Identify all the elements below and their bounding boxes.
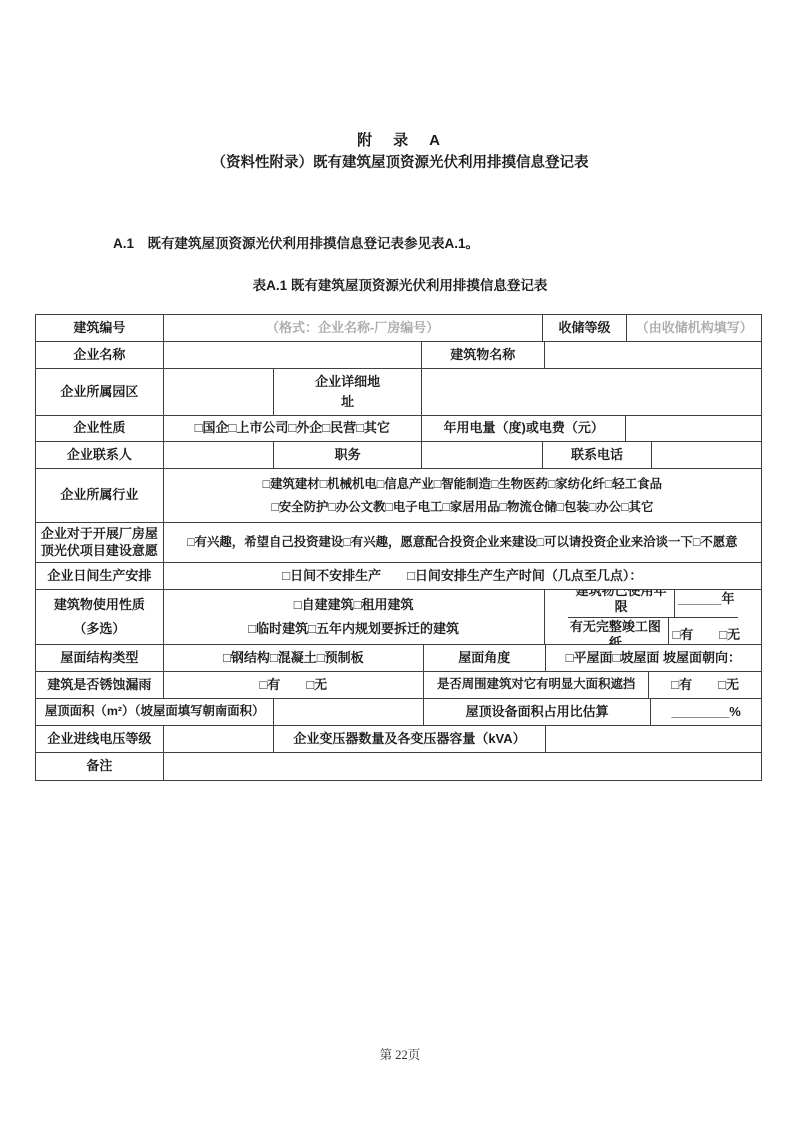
row-usage-nature: 建筑物使用性质 （多选） □自建建筑□租用建筑 □临时建筑□五年内规划要拆迁的建… [36, 590, 761, 645]
address-label-line1: 企业详细地 [315, 374, 380, 391]
row-remarks: 备注 [36, 753, 761, 780]
park-label: 企业所属园区 [36, 369, 164, 415]
daytime-production-options: □日间不安排生产 □日间安排生产生产时间（几点至几点）： [164, 563, 761, 589]
appendix-heading: 附 录 A [0, 129, 800, 150]
annual-power-label: 年用电量（度)或电费（元） [422, 416, 626, 441]
table-caption: 表A.1 既有建筑屋顶资源光伏利用排摸信息登记表 [0, 274, 800, 294]
years-label: 建筑物已使用年限 [568, 590, 675, 617]
annual-power-input-cell [626, 416, 761, 441]
years-subrow: 建筑物已使用年限 ______年 [568, 590, 737, 618]
equipment-ratio-label: 屋顶设备面积占用比估算 [424, 699, 651, 725]
row-company-name: 企业名称 建筑物名称 [36, 342, 761, 369]
registration-table: 建筑编号 （格式：企业名称-厂房编号） 收储等级 （由收储机构填写） 企业名称 … [35, 314, 762, 781]
building-name-label: 建筑物名称 [422, 342, 545, 368]
roof-area-label: 屋顶面积（m²）（坡屋面填写朝南面积） [36, 699, 274, 725]
usage-nature-options-line1: □自建建筑□租用建筑 [294, 597, 414, 614]
industry-options-line2: □安全防护□办公文教□电子电工□家居用品□物流仓储□包装□办公□其它 [271, 499, 653, 515]
row-daytime-production: 企业日间生产安排 □日间不安排生产 □日间安排生产生产时间（几点至几点）： [36, 563, 761, 590]
willingness-label: 企业对于开展厂房屋 顶光伏项目建设意愿 [36, 523, 164, 562]
usage-nature-label-line1: 建筑物使用性质 [54, 597, 145, 614]
voltage-label: 企业进线电压等级 [36, 726, 164, 752]
daytime-production-label: 企业日间生产安排 [36, 563, 164, 589]
roof-angle-label: 屋面角度 [424, 645, 546, 671]
roof-structure-label: 屋面结构类型 [36, 645, 164, 671]
clause-a1-text: A.1 既有建筑屋顶资源光伏利用排摸信息登记表参见表A.1。 [113, 232, 479, 252]
row-company-type: 企业性质 □国企□上市公司□外企□民营□其它 年用电量（度)或电费（元） [36, 416, 761, 442]
row-willingness: 企业对于开展厂房屋 顶光伏项目建设意愿 □有兴趣，希望自己投资建设□有兴趣，愿意… [36, 523, 761, 563]
company-name-label: 企业名称 [36, 342, 164, 368]
row-roof-area: 屋顶面积（m²）（坡屋面填写朝南面积） 屋顶设备面积占用比估算 ________… [36, 699, 761, 726]
drawings-options: □有 □无 [669, 618, 743, 645]
appendix-subtitle: （资料性附录）既有建筑屋顶资源光伏利用排摸信息登记表 [0, 151, 800, 172]
row-industry: 企业所属行业 □建筑建材□机械机电□信息产业□智能制造□生物医药□家纺化纤□轻工… [36, 469, 761, 523]
storage-level-label: 收储等级 [543, 315, 628, 341]
industry-options: □建筑建材□机械机电□信息产业□智能制造□生物医药□家纺化纤□轻工食品 □安全防… [164, 469, 761, 522]
willingness-label-line2: 顶光伏项目建设意愿 [41, 543, 158, 560]
shading-options: □有 □无 [649, 672, 761, 698]
position-label: 职务 [274, 442, 422, 468]
drawings-subrow: 有无完整竣工图纸 □有 □无 [562, 618, 743, 645]
transformer-label: 企业变压器数量及各变压器容量（kVA） [274, 726, 545, 752]
roof-structure-options: □钢结构□混凝土□预制板 [164, 645, 424, 671]
company-type-label: 企业性质 [36, 416, 164, 441]
remarks-label: 备注 [36, 753, 164, 780]
willingness-label-line1: 企业对于开展厂房屋 [41, 526, 158, 543]
usage-nature-label-line2: （多选） [73, 621, 125, 638]
willingness-options: □有兴趣，希望自己投资建设□有兴趣，愿意配合投资企业来建设□可以请投资企业来洽谈… [164, 523, 761, 562]
address-input-cell [422, 369, 761, 415]
usage-nature-right-group: 建筑物已使用年限 ______年 有无完整竣工图纸 □有 □无 [545, 590, 761, 644]
building-id-label: 建筑编号 [36, 315, 164, 341]
row-park: 企业所属园区 企业详细地 址 [36, 369, 761, 416]
address-label-line2: 址 [341, 394, 354, 411]
remarks-input-cell [164, 753, 761, 780]
park-input-cell [164, 369, 275, 415]
usage-nature-label: 建筑物使用性质 （多选） [36, 590, 164, 644]
phone-input-cell [652, 442, 761, 468]
corrosion-options: □有 □无 [164, 672, 424, 698]
row-contact: 企业联系人 职务 联系电话 [36, 442, 761, 469]
roof-angle-options: □平屋面□坡屋面 坡屋面朝向： [546, 645, 761, 671]
row-voltage: 企业进线电压等级 企业变压器数量及各变压器容量（kVA） [36, 726, 761, 753]
years-value: ______年 [675, 590, 737, 617]
row-corrosion: 建筑是否锈蚀漏雨 □有 □无 是否周围建筑对它有明显大面积遮挡 □有 □无 [36, 672, 761, 699]
building-name-input-cell [545, 342, 761, 368]
contact-input-cell [164, 442, 275, 468]
drawings-label: 有无完整竣工图纸 [562, 618, 669, 645]
equipment-ratio-value: ________% [651, 699, 761, 725]
phone-label: 联系电话 [543, 442, 653, 468]
building-id-placeholder: （格式：企业名称-厂房编号） [164, 315, 543, 341]
transformer-input-cell [546, 726, 761, 752]
usage-nature-options: □自建建筑□租用建筑 □临时建筑□五年内规划要拆迁的建筑 [164, 590, 545, 644]
row-roof-structure: 屋面结构类型 □钢结构□混凝土□预制板 屋面角度 □平屋面□坡屋面 坡屋面朝向： [36, 645, 761, 672]
storage-level-placeholder: （由收储机构填写） [627, 315, 761, 341]
usage-nature-options-line2: □临时建筑□五年内规划要拆迁的建筑 [248, 621, 459, 638]
shading-label: 是否周围建筑对它有明显大面积遮挡 [424, 672, 649, 698]
industry-label: 企业所属行业 [36, 469, 164, 522]
company-type-options: □国企□上市公司□外企□民营□其它 [164, 416, 422, 441]
position-input-cell [422, 442, 543, 468]
roof-area-input-cell [274, 699, 424, 725]
company-name-input-cell [164, 342, 422, 368]
contact-label: 企业联系人 [36, 442, 164, 468]
page-number: 第 22页 [0, 1045, 800, 1063]
address-label: 企业详细地 址 [274, 369, 422, 415]
industry-options-line1: □建筑建材□机械机电□信息产业□智能制造□生物医药□家纺化纤□轻工食品 [263, 476, 662, 492]
row-building-id: 建筑编号 （格式：企业名称-厂房编号） 收储等级 （由收储机构填写） [36, 315, 761, 342]
corrosion-label: 建筑是否锈蚀漏雨 [36, 672, 164, 698]
voltage-input-cell [164, 726, 275, 752]
